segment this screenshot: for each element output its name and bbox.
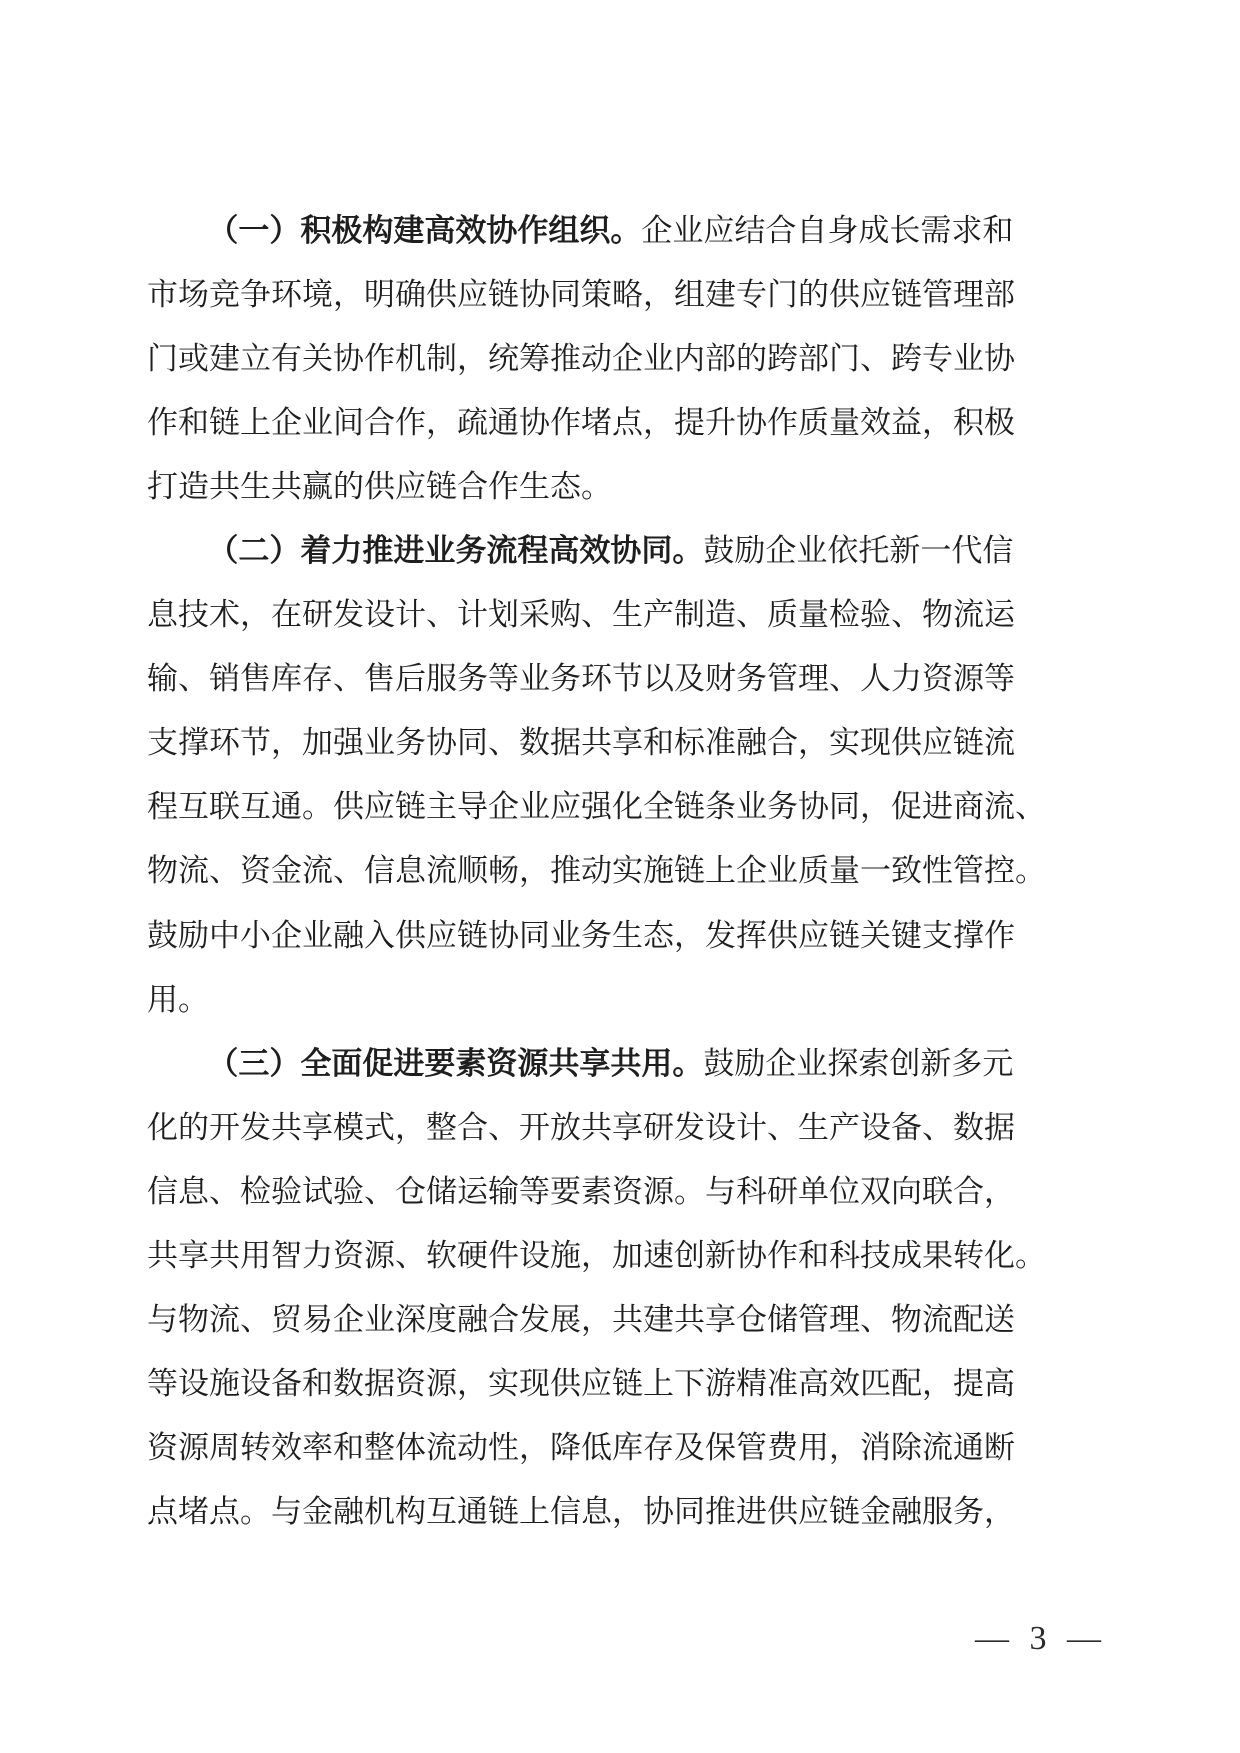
text-line: 市场竞争环境，明确供应链协同策略，组建专门的供应链管理部 [147,262,992,326]
text-line: 作和链上企业间合作，疏通协作堵点，提升协作质量效益，积极 [147,390,992,454]
body-text-block: （一）积极构建高效协作组织。企业应结合自身成长需求和市场竞争环境，明确供应链协同… [147,198,992,1544]
text-line: 共享共用智力资源、软硬件设施，加速创新协作和科技成果转化。 [147,1224,992,1288]
text-line: 化的开发共享模式，整合、开放共享研发设计、生产设备、数据 [147,1095,992,1159]
text-line: 资源周转效率和整体流动性，降低库存及保管费用，消除流通断 [147,1416,992,1480]
text-line: 物流、资金流、信息流顺畅，推动实施链上企业质量一致性管控。 [147,839,992,903]
text-line: 输、销售库存、售后服务等业务环节以及财务管理、人力资源等 [147,647,992,711]
text-line: 息技术，在研发设计、计划采购、生产制造、质量检验、物流运 [147,583,992,647]
text-line: （一）积极构建高效协作组织。企业应结合自身成长需求和 [147,198,992,262]
text-line: 点堵点。与金融机构互通链上信息，协同推进供应链金融服务， [147,1480,992,1544]
text-line: 与物流、贸易企业深度融合发展，共建共享仓储管理、物流配送 [147,1288,992,1352]
text-line: （三）全面促进要素资源共享共用。鼓励企业探索创新多元 [147,1031,992,1095]
para-1: （一）积极构建高效协作组织。企业应结合自身成长需求和市场竞争环境，明确供应链协同… [147,198,992,518]
text-line: 门或建立有关协作机制，统筹推动企业内部的跨部门、跨专业协 [147,326,992,390]
text-line: 打造共生共赢的供应链合作生态。 [147,454,992,518]
para-2: （二）着力推进业务流程高效协同。鼓励企业依托新一代信息技术，在研发设计、计划采购… [147,518,992,1031]
text-line: 程互联互通。供应链主导企业应强化全链条业务协同，促进商流、 [147,775,992,839]
document-page: （一）积极构建高效协作组织。企业应结合自身成长需求和市场竞争环境，明确供应链协同… [0,0,1240,1753]
text-line: 信息、检验试验、仓储运输等要素资源。与科研单位双向联合， [147,1159,992,1223]
text-line: 等设施设备和数据资源，实现供应链上下游精准高效匹配，提高 [147,1352,992,1416]
text-line: 用。 [147,967,992,1031]
page-number: — 3 — [975,1620,1107,1658]
para-3: （三）全面促进要素资源共享共用。鼓励企业探索创新多元化的开发共享模式，整合、开放… [147,1031,992,1544]
text-line: 鼓励中小企业融入供应链协同业务生态，发挥供应链关键支撑作 [147,903,992,967]
text-line: 支撑环节，加强业务协同、数据共享和标准融合，实现供应链流 [147,711,992,775]
text-line: （二）着力推进业务流程高效协同。鼓励企业依托新一代信 [147,518,992,582]
